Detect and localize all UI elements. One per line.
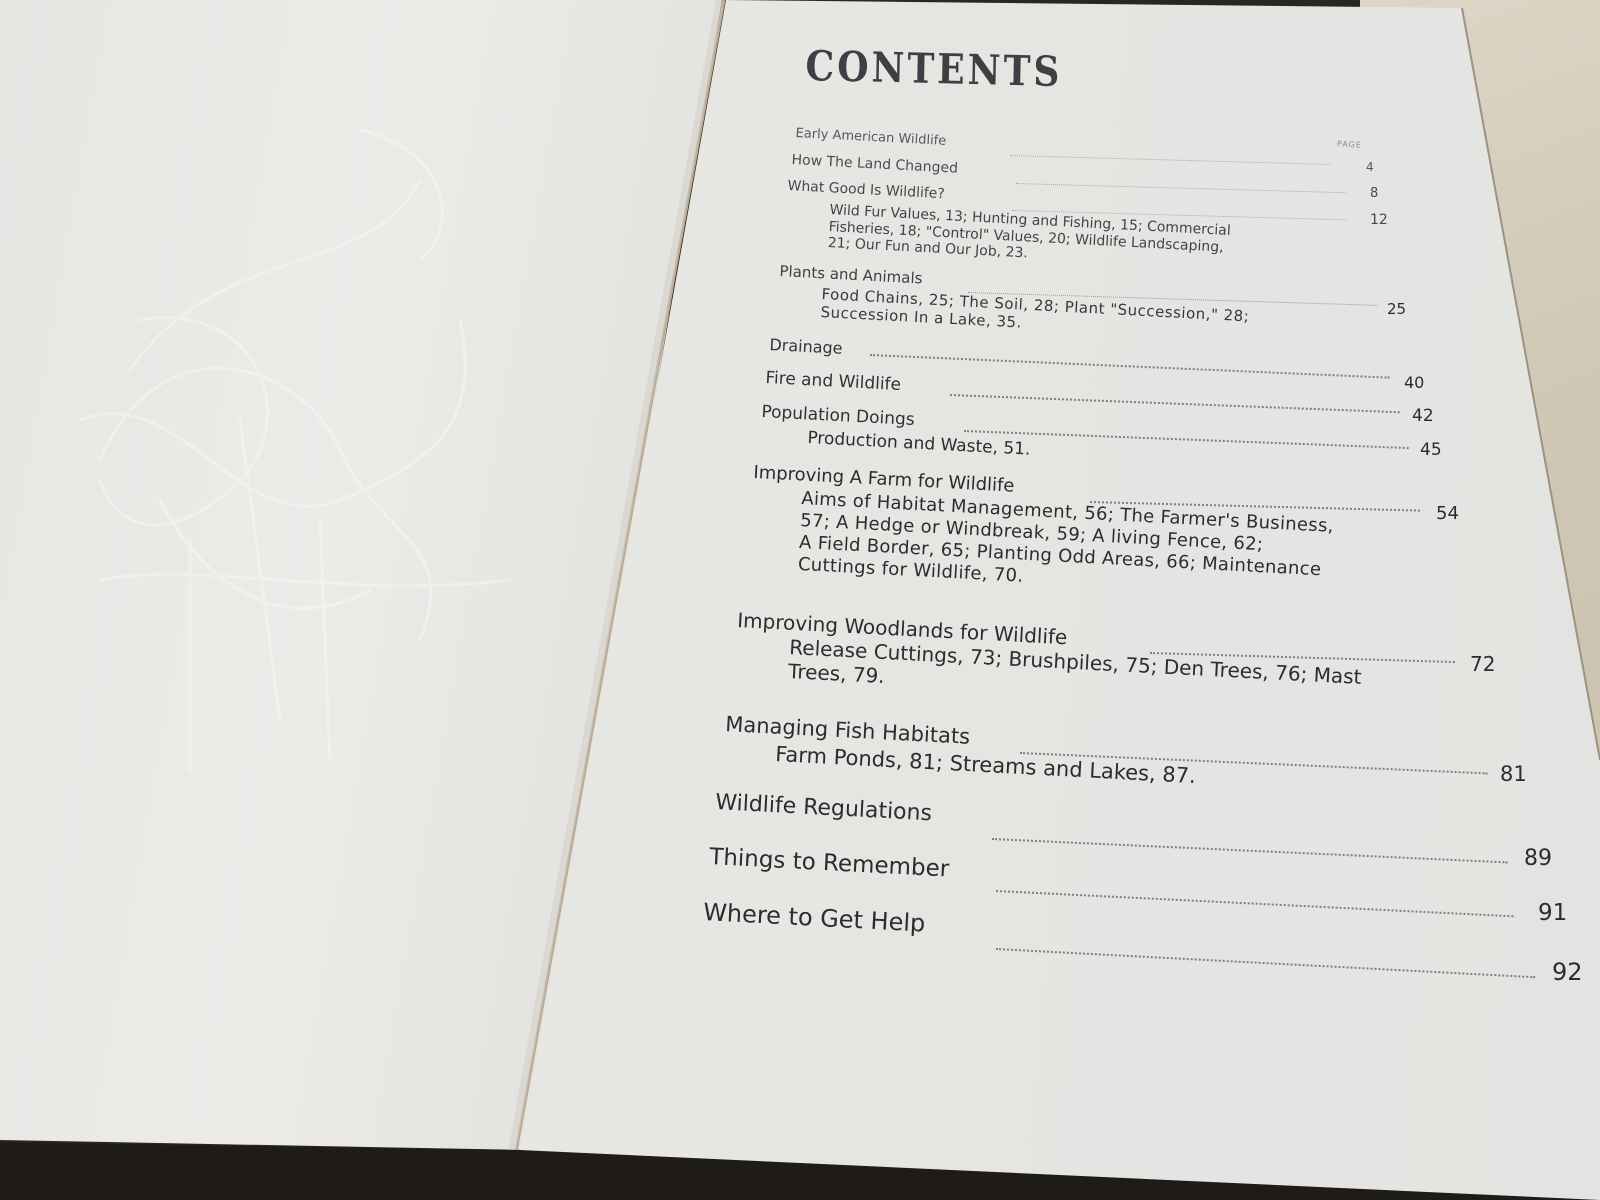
toc-entry-title: Early American Wildlife (795, 126, 946, 149)
leader-dots (996, 890, 1513, 917)
page-number: 92 (1552, 958, 1583, 986)
toc-subtopics: Wild Fur Values, 13; Hunting and Fishing… (827, 202, 1231, 273)
page-number: 12 (1370, 212, 1388, 228)
page-number: 4 (1366, 160, 1374, 174)
toc-entry-title: Things to Remember (709, 844, 950, 883)
page-number: 81 (1500, 762, 1527, 786)
toc-entry-title: Managing Fish Habitats (725, 712, 971, 749)
page-number: 42 (1412, 406, 1434, 426)
toc-entry-title: Plants and Animals (779, 262, 923, 287)
page-number: 54 (1436, 503, 1459, 524)
toc-entry-title: What Good Is Wildlife? (787, 178, 945, 202)
leader-dots (1010, 155, 1330, 165)
page-number: 40 (1404, 373, 1424, 392)
leader-dots (1016, 183, 1346, 193)
page-number: 25 (1387, 300, 1406, 318)
page-number: 8 (1370, 186, 1378, 201)
page-number: 72 (1470, 652, 1495, 676)
contents-heading: CONTENTS (805, 42, 1063, 96)
toc-entry-title: Drainage (769, 335, 843, 358)
toc-subtopics: Farm Ponds, 81; Streams and Lakes, 87. (775, 742, 1197, 789)
toc-entry-title: Population Doings (761, 402, 915, 430)
toc-subtopics: Release Cuttings, 73; Brushpiles, 75; De… (788, 636, 1362, 713)
leader-dots (870, 354, 1390, 379)
leader-dots (996, 948, 1535, 978)
page-column-label: PAGE (1337, 139, 1362, 149)
toc-entry-title: Where to Get Help (703, 898, 926, 938)
page-number: 89 (1524, 846, 1552, 871)
leader-dots (950, 394, 1400, 413)
toc-entry-title: Wildlife Regulations (715, 790, 933, 826)
page-number: 91 (1538, 900, 1567, 926)
toc-entry-title: Fire and Wildlife (765, 368, 902, 395)
page-number: 45 (1420, 440, 1442, 460)
leader-dots (992, 838, 1508, 863)
toc-entry-title: How The Land Changed (791, 152, 958, 177)
table-of-contents: CONTENTS PAGE Early American Wildlife 4 … (0, 0, 1600, 1200)
